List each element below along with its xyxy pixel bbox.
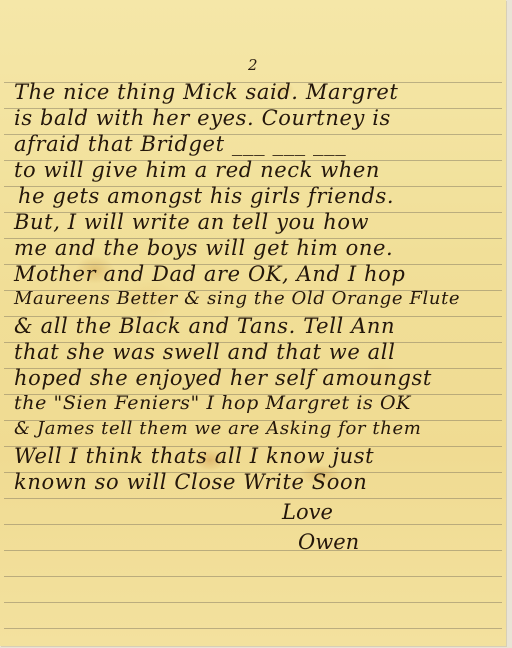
letter-line: he gets amongst his girls friends. [18, 184, 394, 208]
letter-line: afraid that Bridget ___ ___ ___ [14, 132, 346, 156]
letter-line: hoped she enjoyed her self amoungst [14, 366, 432, 390]
letter-line: Maureens Better & sing the Old Orange Fl… [14, 288, 460, 309]
ruled-line [4, 550, 502, 551]
letter-line: that she was swell and that we all [14, 340, 395, 364]
letter-page: 2 The nice thing Mick said. Margret is b… [0, 0, 506, 646]
letter-line: Mother and Dad are OK, And I hop [14, 262, 405, 286]
letter-line: to will give him a red neck when [14, 158, 380, 182]
letter-line: Well I think thats all I know just [14, 444, 374, 468]
letter-line: known so will Close Write Soon [14, 470, 367, 494]
letter-line: & all the Black and Tans. Tell Ann [14, 314, 395, 338]
letter-line: is bald with her eyes. Courtney is [14, 106, 391, 130]
ruled-line [4, 602, 502, 603]
closing: Love [282, 500, 333, 524]
ruled-line [4, 628, 502, 629]
ruled-line [4, 524, 502, 525]
signature: Owen [298, 530, 359, 554]
ruled-line [4, 576, 502, 577]
ruled-line [4, 498, 502, 499]
letter-text: afraid that Bridget ___ ___ ___ [14, 132, 346, 156]
letter-line: & James tell them we are Asking for them [14, 418, 421, 439]
letter-line: the "Sien Feniers" I hop Margret is OK [14, 392, 411, 414]
letter-line: me and the boys will get him one. [14, 236, 393, 260]
page-number: 2 [248, 56, 258, 74]
letter-line: The nice thing Mick said. Margret [14, 80, 398, 104]
letter-line: But, I will write an tell you how [14, 210, 369, 234]
